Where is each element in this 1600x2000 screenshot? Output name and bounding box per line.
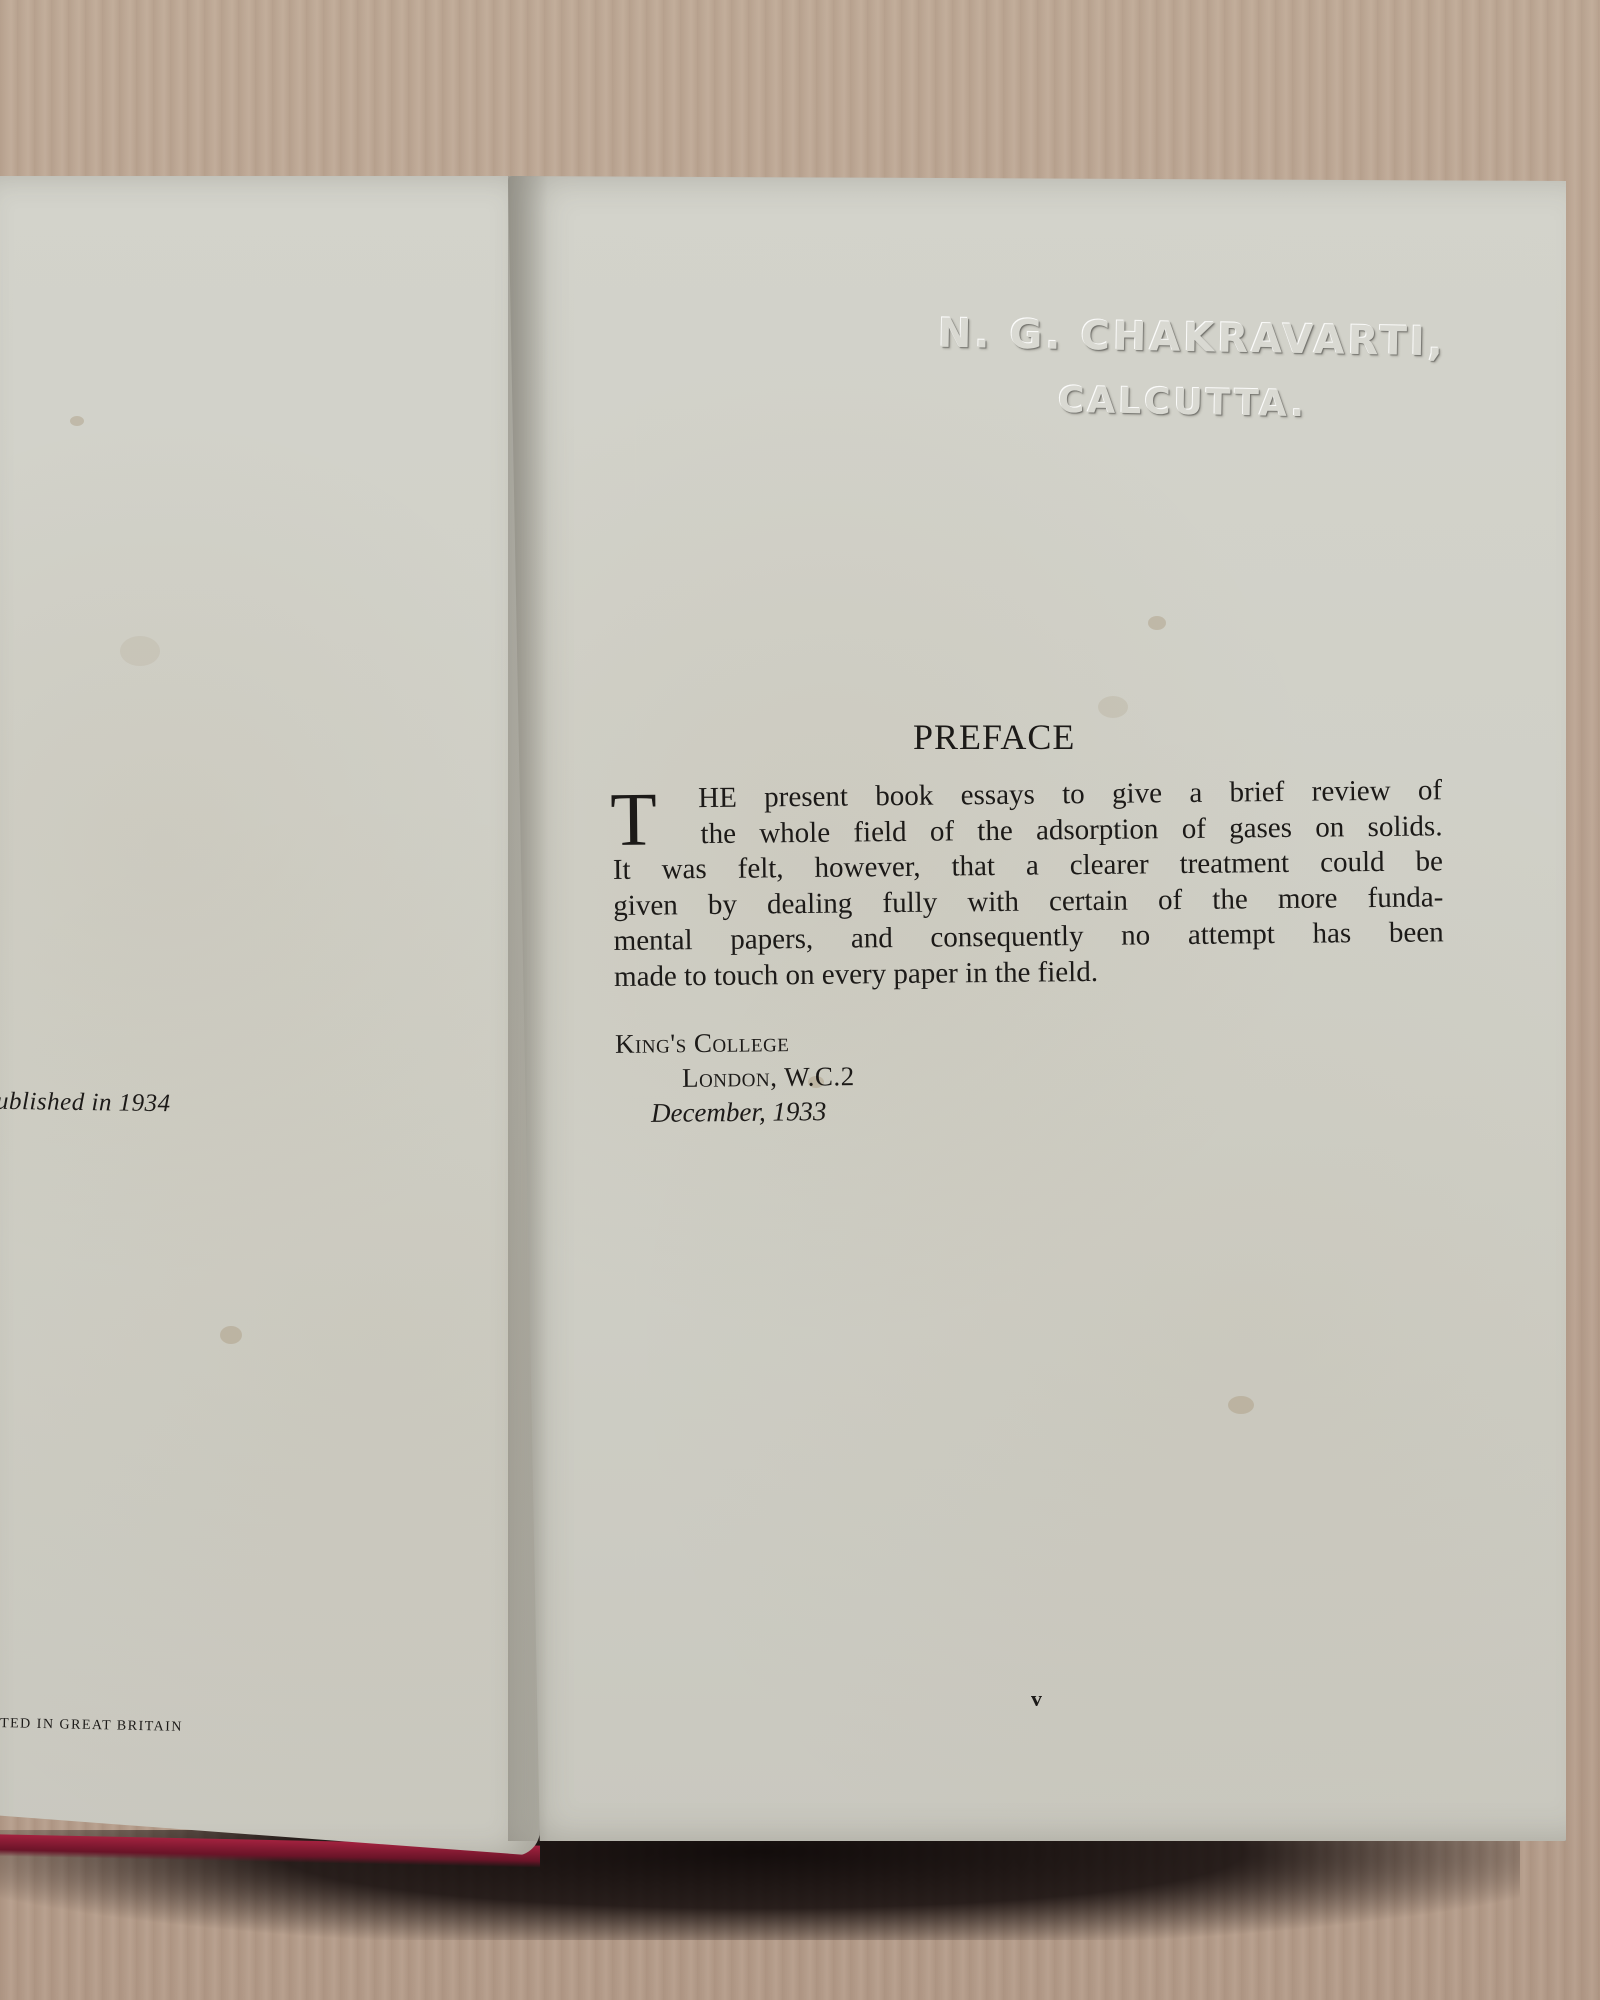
signature-location: London, W.C.2 <box>682 1061 855 1094</box>
signature-institution: King's College <box>615 1027 790 1060</box>
paper-speck <box>1148 616 1166 630</box>
publication-note: ublished in 1934 <box>0 1088 171 1118</box>
right-page <box>508 176 1566 1841</box>
book-gutter <box>508 176 548 1841</box>
embossed-stamp-name: N. G. CHAKRAVARTI, <box>938 311 1447 366</box>
drop-cap: T <box>610 788 657 852</box>
embossed-stamp-city: CALCUTTA. <box>1058 380 1308 425</box>
signature-date: December, 1933 <box>651 1096 827 1129</box>
printed-in-note: TED IN GREAT BRITAIN <box>0 1716 183 1736</box>
paper-speck <box>120 636 160 666</box>
page-number: v <box>1031 1686 1042 1712</box>
preface-heading: PREFACE <box>913 716 1075 758</box>
preface-paragraph: T HE present book essays to give a brief… <box>612 773 1444 995</box>
paper-speck <box>220 1326 242 1344</box>
paper-speck <box>1228 1396 1254 1414</box>
paper-speck <box>70 416 84 426</box>
paper-speck <box>1098 696 1128 718</box>
left-page: ublished in 1934 TED IN GREAT BRITAIN <box>0 176 540 1856</box>
